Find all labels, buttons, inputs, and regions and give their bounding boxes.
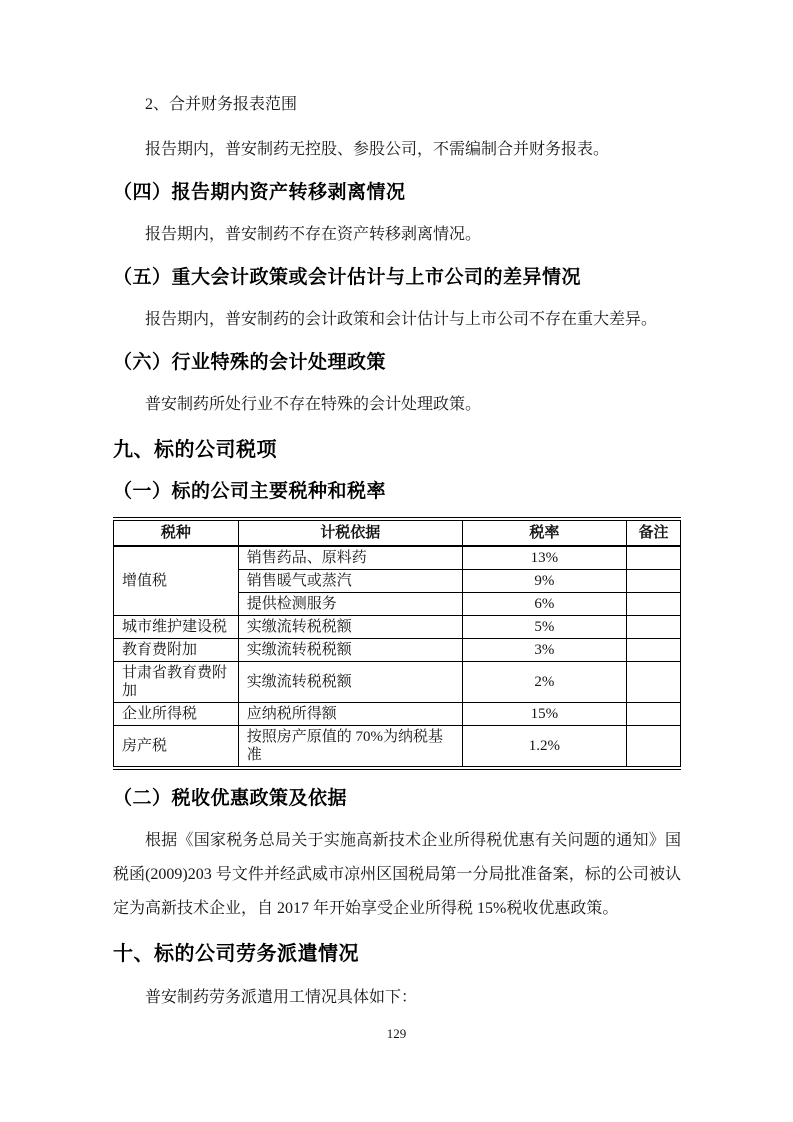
paragraph-consolidation-scope: 报告期内，普安制药无控股、参股公司，不需编制合并财务报表。 — [113, 133, 681, 167]
cell-rate: 13% — [462, 546, 626, 570]
cell-tax-type: 企业所得税 — [114, 703, 239, 726]
heading-section-9-2-tax-incentive: （二）税收优惠政策及依据 — [113, 784, 681, 814]
tax-table: 税种 计税依据 税率 备注 增值税 销售药品、原料药 13% 销售暖气或蒸汽 9… — [113, 517, 681, 770]
document-page: 2、合并财务报表范围 报告期内，普安制药无控股、参股公司，不需编制合并财务报表。… — [0, 0, 793, 1122]
cell-rate: 5% — [462, 616, 626, 639]
cell-rate: 1.2% — [462, 726, 626, 769]
table-row-corporate-income-tax: 企业所得税 应纳税所得额 15% — [114, 703, 681, 726]
heading-chapter-9-tax-items: 九、标的公司税项 — [113, 433, 681, 467]
cell-note — [627, 639, 681, 662]
cell-note — [627, 593, 681, 616]
cell-basis: 销售药品、原料药 — [238, 546, 462, 570]
table-row-vat-1: 增值税 销售药品、原料药 13% — [114, 546, 681, 570]
heading-section-9-1-main-taxes: （一）标的公司主要税种和税率 — [113, 477, 681, 507]
column-header-note: 备注 — [627, 519, 681, 546]
paragraph-section-5: 报告期内，普安制药的会计政策和会计估计与上市公司不存在重大差异。 — [113, 303, 681, 337]
table-row-education-surcharge: 教育费附加 实缴流转税税额 3% — [114, 639, 681, 662]
tax-table-header-row: 税种 计税依据 税率 备注 — [114, 519, 681, 546]
column-header-tax-basis: 计税依据 — [238, 519, 462, 546]
cell-rate: 15% — [462, 703, 626, 726]
cell-rate: 2% — [462, 662, 626, 703]
page-number: 129 — [0, 1026, 793, 1042]
cell-tax-type: 城市维护建设税 — [114, 616, 239, 639]
table-row-property-tax: 房产税 按照房产原值的 70%为纳税基准 1.2% — [114, 726, 681, 769]
cell-basis: 销售暖气或蒸汽 — [238, 570, 462, 593]
paragraph-labor-dispatch: 普安制药劳务派遣用工情况具体如下： — [113, 981, 681, 1015]
paragraph-section-6: 普安制药所处行业不存在特殊的会计处理政策。 — [113, 388, 681, 422]
cell-note — [627, 662, 681, 703]
cell-note — [627, 616, 681, 639]
cell-tax-type-vat: 增值税 — [114, 546, 239, 616]
cell-basis: 实缴流转税税额 — [238, 639, 462, 662]
cell-tax-type: 甘肃省教育费附加 — [114, 662, 239, 703]
cell-basis: 实缴流转税税额 — [238, 616, 462, 639]
cell-basis: 按照房产原值的 70%为纳税基准 — [238, 726, 462, 769]
heading-chapter-10-labor-dispatch: 十、标的公司劳务派遣情况 — [113, 937, 681, 971]
cell-basis: 实缴流转税税额 — [238, 662, 462, 703]
paragraph-tax-incentive: 根据《国家税务总局关于实施高新技术企业所得税优惠有关问题的通知》国税函(2009… — [113, 824, 681, 926]
heading-section-6-industry-special-accounting: （六）行业特殊的会计处理政策 — [113, 348, 681, 378]
cell-note — [627, 546, 681, 570]
column-header-tax-rate: 税率 — [462, 519, 626, 546]
heading-section-5-accounting-policy-difference: （五）重大会计政策或会计估计与上市公司的差异情况 — [113, 263, 681, 293]
cell-tax-type: 房产税 — [114, 726, 239, 769]
paragraph-section-4: 报告期内，普安制药不存在资产转移剥离情况。 — [113, 218, 681, 252]
numbered-subheading-consolidation-scope: 2、合并财务报表范围 — [113, 88, 681, 122]
cell-note — [627, 726, 681, 769]
heading-section-4-asset-transfer: （四）报告期内资产转移剥离情况 — [113, 178, 681, 208]
cell-basis: 应纳税所得额 — [238, 703, 462, 726]
table-row-gansu-education-surcharge: 甘肃省教育费附加 实缴流转税税额 2% — [114, 662, 681, 703]
cell-note — [627, 570, 681, 593]
cell-note — [627, 703, 681, 726]
page-content: 2、合并财务报表范围 报告期内，普安制药无控股、参股公司，不需编制合并财务报表。… — [0, 0, 793, 1015]
cell-rate: 3% — [462, 639, 626, 662]
cell-basis: 提供检测服务 — [238, 593, 462, 616]
cell-rate: 9% — [462, 570, 626, 593]
table-row-urban-maintenance-tax: 城市维护建设税 实缴流转税税额 5% — [114, 616, 681, 639]
cell-tax-type: 教育费附加 — [114, 639, 239, 662]
column-header-tax-type: 税种 — [114, 519, 239, 546]
cell-rate: 6% — [462, 593, 626, 616]
